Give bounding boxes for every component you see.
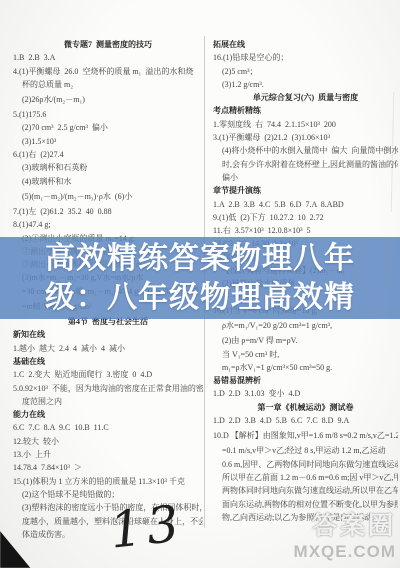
answer-line: 杯的总质量 m₂	[13, 78, 203, 91]
answer-line: ρ水=m₁/V₁=20 g/20 cm³=1 g/cm³,	[213, 317, 398, 334]
answer-line: 单元综合复习(六) 质量与密度	[213, 91, 398, 104]
answer-line: 易错易混辨析	[213, 374, 398, 387]
answer-line: 1.C 2.变大 贴近地面爬行 3.密度 0 4.D	[13, 368, 203, 381]
answer-line: 基础在线	[13, 355, 203, 368]
answer-line: 10.D 【解析】由图象知,v甲=1.6 m/8 s=0.2 m/s,v乙=1.…	[213, 427, 398, 444]
answer-line: =0.1 m/s,v甲＞v乙;经过 8 s,甲运动 1.2 m,乙运动	[213, 444, 398, 457]
answer-line: 偏小	[213, 171, 398, 184]
answer-line: 8.(1)47.4 g;	[13, 218, 203, 231]
answer-line: 1.零刻度线 右 74.4 2.1.15×10³ 200	[213, 118, 398, 131]
answer-line: 6.(1)右 (2)27.4	[13, 148, 203, 161]
handwritten-page-number: 13	[107, 494, 186, 559]
answer-line: 7.(1)左 (2)61.2 35.2 40 0.88	[13, 205, 203, 218]
answer-line: 时,会有少许水附着在烧杯壁上,因此测量的酱油的体积	[213, 158, 398, 171]
answer-line: 15.(1)体积为 1 立方米的铅的质量是 11.3×10³ 千克	[13, 475, 203, 488]
answer-line: (5)(m₁－m₂)/(m₂－m₃)·ρ水 (6)小	[13, 188, 203, 205]
site-watermark: 答案圈 MXQE.COM	[294, 506, 396, 562]
answer-line: 度范围之内	[13, 395, 203, 408]
answer-line: (2)26ρ水/(m₂－m₁)	[13, 91, 203, 108]
answer-line: 当 V₁=50 cm³ 时,	[213, 348, 398, 361]
answer-line: 5.0.92×10³ 不能，因为地沟油的密度在正常食用油的密	[13, 382, 203, 395]
answer-line: (2)由 ρ=m/V 得 m=ρV.	[213, 334, 398, 347]
answer-line: 1.D 2.D 3.1.03 变小 4.D	[213, 387, 398, 400]
answer-line: 5.(1)175.6	[13, 108, 203, 121]
answer-line: 1.D 2.D 3.B 4.D 5.B 6.C 7.C 8.D 9.A	[213, 414, 398, 427]
answerquan-logo: 答案圈	[294, 506, 396, 542]
answer-line: 新知在线	[13, 328, 203, 341]
answer-line: 13.小 上升	[13, 448, 203, 461]
answer-line: 1.A 2.B 3.B 4.C 5.B 6.D 7.A 8.ABD	[213, 198, 398, 211]
answer-line: (3)1.5×10³	[13, 135, 203, 148]
answer-line: 拓展在线	[213, 38, 398, 51]
answer-line: 16.(1)铅球是空心的；	[213, 51, 398, 64]
answer-line: 章节提升演练	[213, 184, 398, 197]
answer-line: 所以甲在乙前面 1.2 m－0.6 m=0.6 m;因 v甲＞v乙,甲、乙	[213, 471, 398, 484]
answer-line: 微专题7 测量密度的技巧	[13, 38, 203, 51]
answer-line: 14.78.4 7.84×10³ ＞	[13, 461, 203, 474]
answer-line: (4)玻璃杯和水	[13, 175, 203, 188]
answer-line: 考点精析精练	[213, 104, 398, 117]
answer-line: (3)玻璃杯和石英粉	[13, 161, 203, 174]
promo-title-line1: 高效精练答案物理八年	[45, 239, 355, 278]
answer-line: (2)5 cm³；	[213, 65, 398, 78]
workbook-answer-page-photo: 微专题7 测量密度的技巧1.B 2.B 3.A4.(1)平衡螺母 26.0 空烧…	[0, 0, 400, 568]
answer-line: 0.6 m,因甲、乙两物体同时同地向东做匀速直线运动,	[213, 458, 398, 471]
answer-line: 9.(1)低 (2)下方 10.27.2 10 2.72	[213, 211, 398, 224]
watermark-site-url: MXQE.COM	[294, 542, 396, 562]
answer-line: (4)将小烧杯中的水倒入量筒中 偏大 向量筒中倒水	[213, 144, 398, 157]
promo-title-line2: 级：八年级物理高效精	[45, 278, 355, 317]
answer-line: 6.C 7.C 8.A 9.C 10.B 11.C	[13, 421, 203, 434]
answer-line: 能力在线	[13, 408, 203, 421]
answer-line: 第一章《机械运动》测试卷	[213, 401, 398, 414]
answer-line: (2)70 cm³ 2.5 g/cm³ 偏小	[13, 121, 203, 134]
answer-line: 11.右 3.57×10³ 12.0.8×10³ 5	[213, 224, 398, 237]
answer-line: 3.(1)平衡螺母 (2)21.2 (3)1.06×10³	[213, 131, 398, 144]
answer-line: 1.越小 越大 2.4 4 减小 4 减小	[13, 342, 203, 355]
answer-line: 12.较大 较小	[13, 435, 203, 448]
answer-line: 4.(1)平衡螺母 26.0 空烧杯的质量 m₁ 溢出的水和烧	[13, 65, 203, 78]
answer-line: 1.B 2.B 3.A	[13, 51, 203, 64]
promo-title-overlay: 高效精练答案物理八年 级：八年级物理高效精	[0, 237, 400, 319]
answer-line: 两物体同时同地向东做匀速直线运动,所以甲在乙车前	[213, 484, 398, 497]
answer-line: (3)1.2 g/cm³.	[213, 78, 398, 91]
answer-line: m₁=ρ水V₁=1 g/cm³×50 cm³=50 g.	[213, 361, 398, 374]
